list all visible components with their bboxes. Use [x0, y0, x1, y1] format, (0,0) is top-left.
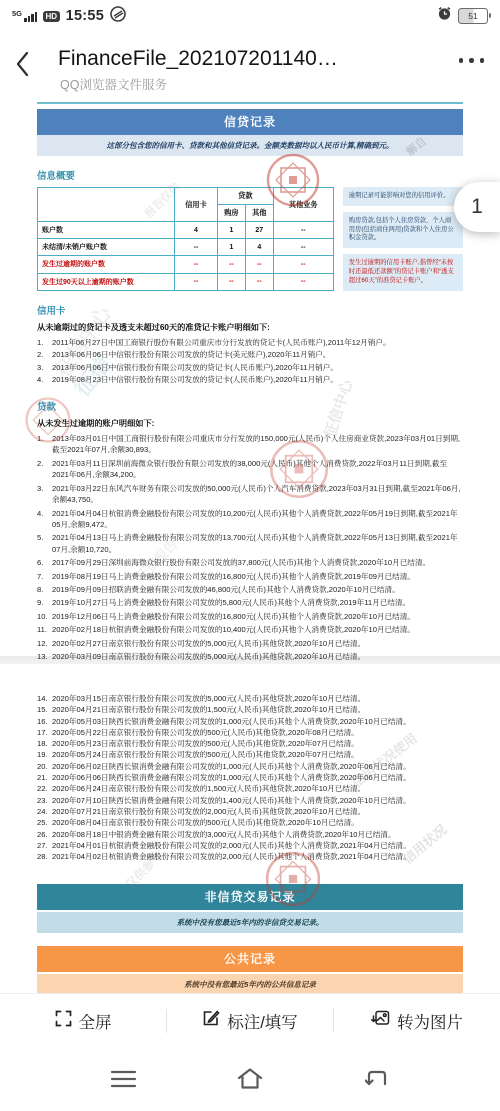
page-top-rule	[37, 102, 463, 104]
hd-badge-icon: HD	[43, 11, 60, 22]
loan-item: 6.2017年09月29日深圳前海微众银行股份有限公司发放的37,800元(人民…	[37, 557, 463, 568]
credit-record-note: 这部分包含您的信用卡、贷款和其他信贷记录。金额类数据均以人民币计算,精确到元。	[37, 135, 463, 156]
loan-item: 2.2021年03月11日深圳前海微众银行股份有限公司发放的38,000元(人民…	[37, 458, 463, 481]
col-loan-other: 其他	[245, 205, 273, 222]
loan-item: 8.2019年09月09日招联消费金融有限公司发放的46,800元(人民币)其他…	[37, 584, 463, 595]
fullscreen-icon	[55, 1010, 72, 1032]
back-nav-button[interactable]	[362, 1064, 392, 1094]
summary-table-row: 未结清/未销户账户数 -- 1 4 --	[38, 239, 334, 256]
more-menu-button[interactable]	[459, 58, 485, 63]
status-time: 15:55	[66, 8, 105, 24]
loan-item: 27.2021年04月01日杭银消费金融股份有限公司发放的2,000元(人民币)…	[37, 840, 463, 851]
loan-item: 12.2020年02月27日南京银行股份有限公司发放的5,000元(人民币)其他…	[37, 638, 463, 649]
convert-to-image-button[interactable]: 转为图片	[334, 994, 500, 1047]
summary-title: 信息概要	[37, 168, 463, 182]
non-credit-header: 非信贷交易记录	[37, 884, 463, 910]
credit-card-subtitle: 从未逾期过的贷记卡及透支未超过60天的准贷记卡账户明细如下:	[37, 322, 463, 333]
loan-item: 5.2021年04月13日马上消费金融股份有限公司发放的13,700元(人民币)…	[37, 532, 463, 555]
battery-icon: 51	[458, 8, 488, 24]
loan-list-page1: 1.2013年03月01日中国工商银行股份有限公司重庆市分行发放的150,000…	[37, 433, 463, 662]
summary-side-notes: 逾期记录可能影响对您的信用评价。购房贷款,包括个人住房贷款、个人商用房(包括商住…	[343, 187, 463, 291]
loan-item: 28.2021年04月02日杭银消费金融股份有限公司发放的2,000元(人民币)…	[37, 851, 463, 862]
loan-item: 22.2020年06月24日南京银行股份有限公司发放的1,500元(人民币)其他…	[37, 783, 463, 794]
loan-item: 20.2020年06月02日陕西长银消费金融有限公司发放的1,000元(人民币)…	[37, 761, 463, 772]
col-other-business: 其他业务	[273, 188, 333, 222]
page-indicator-bubble[interactable]: 1	[454, 182, 500, 232]
credit-card-item: 2.2013年06月06日中信银行股份有限公司发放的贷记卡(美元账户),2020…	[37, 349, 463, 362]
summary-table-row: 发生过逾期的账户数 -- -- -- --	[38, 256, 334, 273]
loan-item: 17.2020年05月22日南京银行股份有限公司发放的500元(人民币)其他贷款…	[37, 727, 463, 738]
non-credit-note: 系统中没有您最近5年内的非信贷交易记录。	[37, 912, 463, 933]
annotate-icon	[202, 1009, 220, 1032]
loan-item: 13.2020年03月09日南京银行股份有限公司发放的5,000元(人民币)其他…	[37, 651, 463, 662]
summary-table-row: 账户数 4 1 27 --	[38, 222, 334, 239]
loan-item: 1.2013年03月01日中国工商银行股份有限公司重庆市分行发放的150,000…	[37, 433, 463, 456]
phone-screen: 5G HD 15:55 51 FinanceFile_202107201140……	[0, 0, 500, 1111]
loan-subtitle: 从未发生过逾期的账户明细如下:	[37, 418, 463, 429]
loan-item: 15.2020年04月21日南京银行股份有限公司发放的1,500元(人民币)其他…	[37, 704, 463, 715]
loan-title: 贷款	[37, 399, 463, 413]
loan-item: 4.2021年04月04日杭银消费金融股份有限公司发放的10,200元(人民币)…	[37, 508, 463, 531]
pdf-page-1: 信贷记录 这部分包含您的信用卡、贷款和其他信贷记录。金额类数据均以人民币计算,精…	[0, 102, 500, 656]
annotate-label: 标注/填写	[227, 1009, 298, 1033]
col-loan: 贷款	[218, 188, 274, 205]
loan-item: 11.2020年02月18日杭银消费金融股份有限公司发放的10,400元(人民币…	[37, 624, 463, 635]
loan-item: 19.2020年05月24日南京银行股份有限公司发放的500元(人民币)其他贷款…	[37, 749, 463, 760]
status-circle-icon	[110, 6, 126, 27]
system-navbar	[0, 1046, 500, 1111]
status-bar: 5G HD 15:55 51	[0, 0, 500, 32]
fullscreen-label: 全屏	[79, 1009, 112, 1033]
convert-to-image-label: 转为图片	[397, 1009, 463, 1033]
side-note: 逾期记录可能影响对您的信用评价。	[343, 187, 463, 206]
home-button[interactable]	[235, 1064, 265, 1094]
loan-item: 10.2019年12月06日马上消费金融股份有限公司发放的16,800元(人民币…	[37, 611, 463, 622]
side-note: 购房贷款,包括个人住房贷款、个人商用房(包括商住两用)贷款和个人住房公积金贷款。	[343, 212, 463, 248]
summary-table-row: 发生过90天以上逾期的账户数 -- -- -- --	[38, 273, 334, 290]
recents-menu-button[interactable]	[108, 1064, 138, 1094]
summary-table: 信用卡 贷款 其他业务 购房 其他 账户数 4	[37, 187, 334, 291]
bottom-toolbar: 全屏 标注/填写 转为图片	[0, 993, 500, 1047]
document-viewport[interactable]: 信贷记录 这部分包含您的信用卡、贷款和其他信贷记录。金额类数据均以人民币计算,精…	[0, 98, 500, 993]
credit-card-item: 3.2013年06月06日中信银行股份有限公司发放的贷记卡(人民币账户),202…	[37, 362, 463, 375]
alarm-icon	[437, 6, 452, 26]
loan-item: 26.2020年08月18日中银消费金融有限公司发放的3,000元(人民币)其他…	[37, 829, 463, 840]
file-service-label: QQ浏览器文件服务	[60, 75, 167, 93]
image-icon	[371, 1009, 390, 1032]
loan-item: 14.2020年03月15日南京银行股份有限公司发放的5,000元(人民币)其他…	[37, 693, 463, 704]
loan-item: 7.2019年08月19日马上消费金融股份有限公司发放的16,800元(人民币)…	[37, 571, 463, 582]
annotate-button[interactable]: 标注/填写	[167, 994, 333, 1047]
loan-item: 3.2021年03月22日东风汽车财务有限公司发放的50,000元(人民币)个人…	[37, 483, 463, 506]
loan-item: 18.2020年05月23日南京银行股份有限公司发放的500元(人民币)其他贷款…	[37, 738, 463, 749]
fullscreen-button[interactable]: 全屏	[0, 994, 166, 1047]
credit-card-title: 信用卡	[37, 303, 463, 317]
pdf-page-2: 14.2020年03月15日南京银行股份有限公司发放的5,000元(人民币)其他…	[0, 664, 500, 993]
credit-card-item: 1.2011年06月27日中国工商银行股份有限公司重庆市分行发放的贷记卡(人民币…	[37, 337, 463, 350]
col-credit-card: 信用卡	[175, 188, 218, 222]
side-note: 发生过逾期的信用卡账户,指曾经“未按时还最低还款额”的贷记卡账户和“透支超过60…	[343, 254, 463, 290]
public-record-note: 系统中没有您最近5年内的公共信息记录	[37, 974, 463, 993]
col-loan-house: 购房	[218, 205, 246, 222]
loan-item: 23.2020年07月10日陕西长银消费金融有限公司发放的1,400元(人民币)…	[37, 795, 463, 806]
app-header: FinanceFile_202107201140… QQ浏览器文件服务	[0, 32, 500, 99]
back-button[interactable]	[14, 50, 30, 78]
signal-5g-icon: 5G	[12, 11, 37, 22]
credit-record-header: 信贷记录	[37, 109, 463, 135]
loan-item: 16.2020年05月03日陕西长银消费金融有限公司发放的1,000元(人民币)…	[37, 716, 463, 727]
file-title: FinanceFile_202107201140…	[58, 47, 418, 71]
credit-card-list: 1.2011年06月27日中国工商银行股份有限公司重庆市分行发放的贷记卡(人民币…	[37, 337, 463, 387]
public-record-header: 公共记录	[37, 946, 463, 972]
loan-item: 24.2020年07月21日南京银行股份有限公司发放的2,000元(人民币)其他…	[37, 806, 463, 817]
loan-list-page2: 14.2020年03月15日南京银行股份有限公司发放的5,000元(人民币)其他…	[37, 693, 463, 862]
loan-item: 25.2020年08月04日南京银行股份有限公司发放的500元(人民币)其他贷款…	[37, 817, 463, 828]
loan-item: 21.2020年06月06日陕西长银消费金融有限公司发放的1,000元(人民币)…	[37, 772, 463, 783]
credit-card-item: 4.2019年08月23日中信银行股份有限公司发放的贷记卡(人民币账户),202…	[37, 374, 463, 387]
loan-item: 9.2019年10月27日马上消费金融股份有限公司发放的5,800元(人民币)其…	[37, 597, 463, 608]
